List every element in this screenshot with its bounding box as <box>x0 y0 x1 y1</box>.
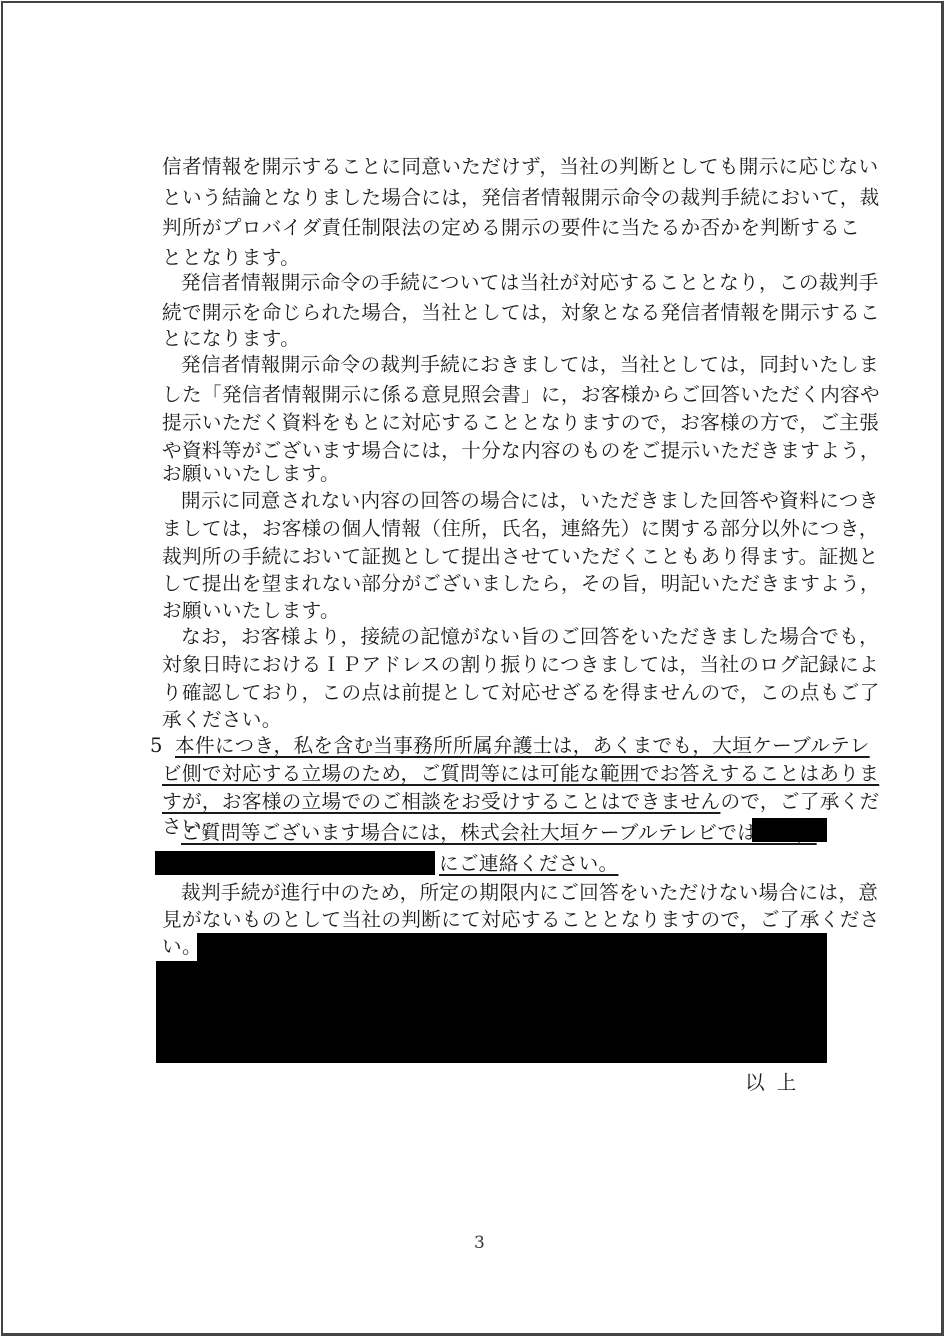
text-span: ので，ご了承くだ <box>720 790 879 813</box>
underlined-text: すが，お客様の立場でのご相談をお受けすることはできません <box>162 790 720 813</box>
underlined-text-line: 本件につき，私を含む当事務所所属弁護士は，あくまでも，大垣ケーブルテレ <box>175 732 870 760</box>
text-line: お願いいたします。 <box>162 460 340 488</box>
text-line: 見がないものとして当社の判断にて対応することとなりますので，ご了承くださ <box>162 906 880 934</box>
document-page: 信者情報を開示することに同意いただけず，当社の判断としても開示に応じない という… <box>1 1 944 1336</box>
text-line: お願いいたします。 <box>162 597 340 625</box>
text-line: という結論となりました場合には，発信者情報開示命令の裁判手続において，裁 <box>162 184 880 212</box>
page-number: 3 <box>474 1233 485 1253</box>
text-line: 承ください。 <box>162 706 282 734</box>
text-line: 発信者情報開示命令の裁判手続におきましては，当社としては，同封いたしま <box>181 351 879 379</box>
text-line: とになります。 <box>162 325 300 353</box>
text-line: した「発信者情報開示に係る意見照会書」に，お客様からご回答いただく内容や <box>162 381 880 409</box>
text-line: 発信者情報開示命令の手続については当社が対応することとなり，この裁判手 <box>181 269 879 297</box>
text-line: い。 <box>162 933 202 961</box>
text-line: なお，お客様より，接続の記憶がない旨のご回答をいただきました場合でも， <box>181 623 879 651</box>
text-line: 続で開示を命じられた場合，当社としては，対象となる発信者情報を開示するこ <box>162 299 880 327</box>
text-line: 提示いただく資料をもとに対応することとなりますので，お客様の方で，ご主張 <box>162 409 879 437</box>
closing-mark: 以上 <box>745 1066 808 1095</box>
text-line: 信者情報を開示することに同意いただけず，当社の判断としても開示に応じない <box>162 153 878 181</box>
text-line: 判所がプロバイダ責任制限法の定める開示の要件に当たるか否かを判断するこ <box>162 214 860 242</box>
underlined-text-line: にご連絡ください。 <box>439 850 619 878</box>
text-line: 裁判所の手続において証拠として提出させていただくこともあり得ます。証拠と <box>162 543 878 571</box>
text-line: すが，お客様の立場でのご相談をお受けすることはできませんので，ご了承くだ <box>162 788 880 816</box>
text-line: 開示に同意されない内容の回答の場合には，いただきました回答や資料につき <box>181 487 879 515</box>
redaction-box <box>197 933 827 963</box>
text-line: 対象日時におけるＩＰアドレスの割り振りにつきましては，当社のログ記録によ <box>162 651 879 679</box>
item-number: 5 <box>150 732 162 760</box>
text-line: して提出を望まれない部分がございましたら，その旨，明記いただきますよう， <box>162 570 880 598</box>
redaction-box <box>156 961 827 1063</box>
redaction-box <box>752 818 827 842</box>
redaction-box <box>155 851 435 875</box>
text-line: り確認しており，この点は前提として対応せざるを得ませんので，この点もご了 <box>162 679 880 707</box>
underlined-text-line: ご質問等ございます場合には，株式会社大垣ケーブルテレビではなく， <box>181 819 817 847</box>
text-line: 裁判手続が進行中のため，所定の期限内にご回答をいただけない場合には，意 <box>181 879 878 907</box>
text-line: ととなります。 <box>162 244 300 272</box>
text-line: ましては，お客様の個人情報（住所，氏名，連絡先）に関する部分以外につき， <box>162 515 879 543</box>
underlined-text-line: ビ側で対応する立場のため，ご質問等には可能な範囲でお答えすることはありま <box>162 760 879 788</box>
